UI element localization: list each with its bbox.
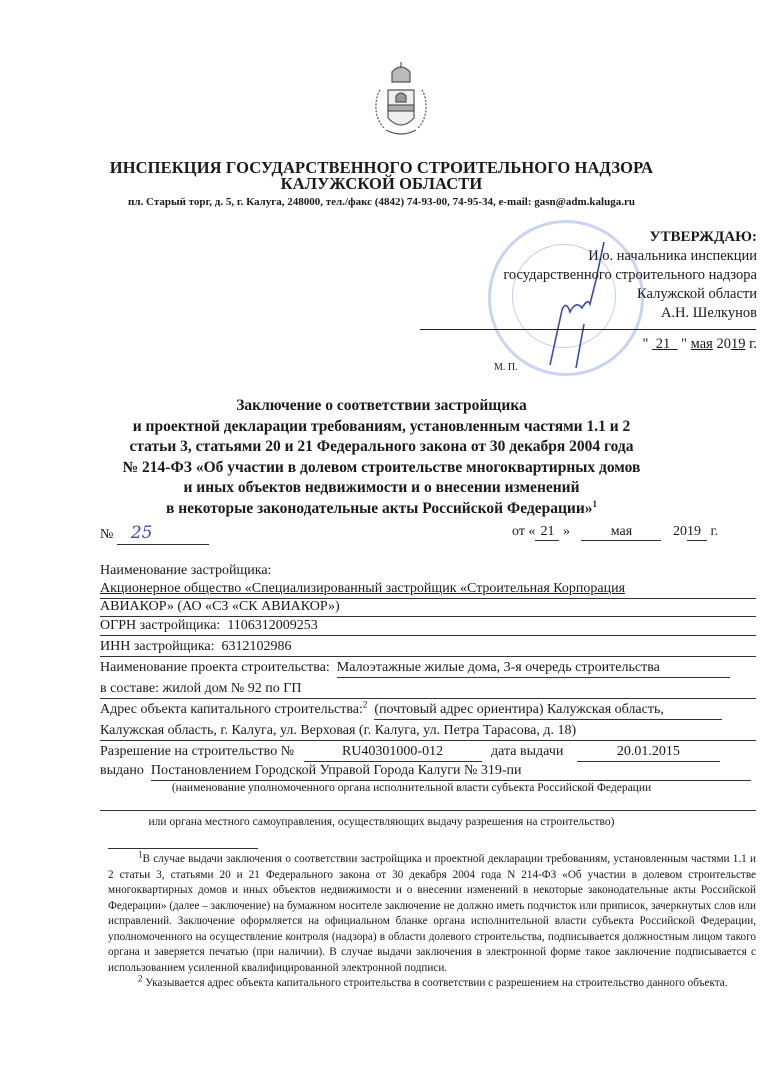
permit-issue-date: 20.01.2015 (577, 743, 720, 762)
approval-region: Калужской области (437, 285, 757, 304)
footnote-1: 1В случае выдачи заключения о соответств… (108, 852, 756, 976)
seal-placeholder-label: М. П. (494, 362, 518, 373)
approval-year: 19 (731, 336, 746, 352)
approval-date: " 21 " мая 2019 г. (643, 336, 757, 353)
address-row: Адрес объекта капитального строительства… (100, 701, 756, 720)
footnote-separator (108, 848, 258, 849)
document-title: Заключение о соответствии застройщика и … (0, 396, 763, 519)
document-date: от «21 » мая 2019 г. (512, 524, 718, 541)
developer-label: Наименование застройщика: (100, 562, 756, 580)
footnotes: 1В случае выдачи заключения о соответств… (108, 852, 756, 992)
developer-name-line1: Акционерное общество «Специализированный… (100, 580, 756, 599)
ogrn-row: ОГРН застройщика: 1106312009253 (100, 617, 756, 636)
footnote-2: 2 Указывается адрес объекта капитального… (108, 976, 756, 992)
address-value-line1: (почтовый адрес ориентира) Калужская обл… (374, 701, 722, 720)
coat-of-arms-icon (372, 60, 430, 140)
project-row: Наименование проекта строительства: Мало… (100, 659, 756, 678)
approval-month: мая (691, 336, 713, 352)
organization-name: ИНСПЕКЦИЯ ГОСУДАРСТВЕННОГО СТРОИТЕЛЬНОГО… (0, 160, 763, 192)
footnote-ref-1: 1 (593, 498, 598, 508)
approval-agency: государственного строительного надзора (437, 266, 757, 285)
developer-name-line2: АВИАКОР» (АО «СЗ «СК АВИАКОР») (100, 598, 756, 617)
ogrn-value: 1106312009253 (227, 618, 317, 633)
project-value-line1: Малоэтажные жилые дома, 3-я очередь стро… (337, 659, 730, 678)
document-month: мая (581, 524, 661, 541)
approval-signature-line (420, 329, 756, 330)
issued-by-value: Постановлением Городской Управой Города … (151, 762, 751, 781)
document-number: 25 (117, 524, 209, 545)
issuing-authority-caption2: или органа местного самоуправления, осущ… (0, 816, 763, 828)
permit-row: Разрешение на строительство № RU40301000… (100, 743, 756, 762)
document-year: 19 (687, 524, 707, 541)
permit-number: RU40301000-012 (304, 743, 482, 762)
approval-position: И.о. начальника инспекции (437, 247, 757, 266)
approval-signatory: А.Н. Шелкунов (437, 304, 757, 323)
org-name-line2: КАЛУЖСКОЙ ОБЛАСТИ (0, 176, 763, 192)
organization-address: пл. Старый торг, д. 5, г. Калуга, 248000… (0, 196, 763, 208)
approval-block: УТВЕРЖДАЮ: И.о. начальника инспекции гос… (437, 228, 757, 323)
project-value-line2: в составе: жилой дом № 92 по ГП (100, 680, 756, 699)
approval-heading: УТВЕРЖДАЮ: (437, 228, 757, 247)
document-day: 21 (535, 524, 559, 541)
issuing-authority-line (100, 810, 756, 811)
issuing-authority-caption1: (наименование уполномоченного органа исп… (30, 782, 763, 794)
approval-day: 21 (652, 336, 677, 352)
inn-row: ИНН застройщика: 6312102986 (100, 638, 756, 657)
inn-value: 6312102986 (222, 639, 292, 654)
issued-by-row: выдано Постановлением Городской Управой … (100, 762, 756, 781)
address-value-line2: Калужская область, г. Калуга, ул. Верхов… (100, 722, 756, 741)
